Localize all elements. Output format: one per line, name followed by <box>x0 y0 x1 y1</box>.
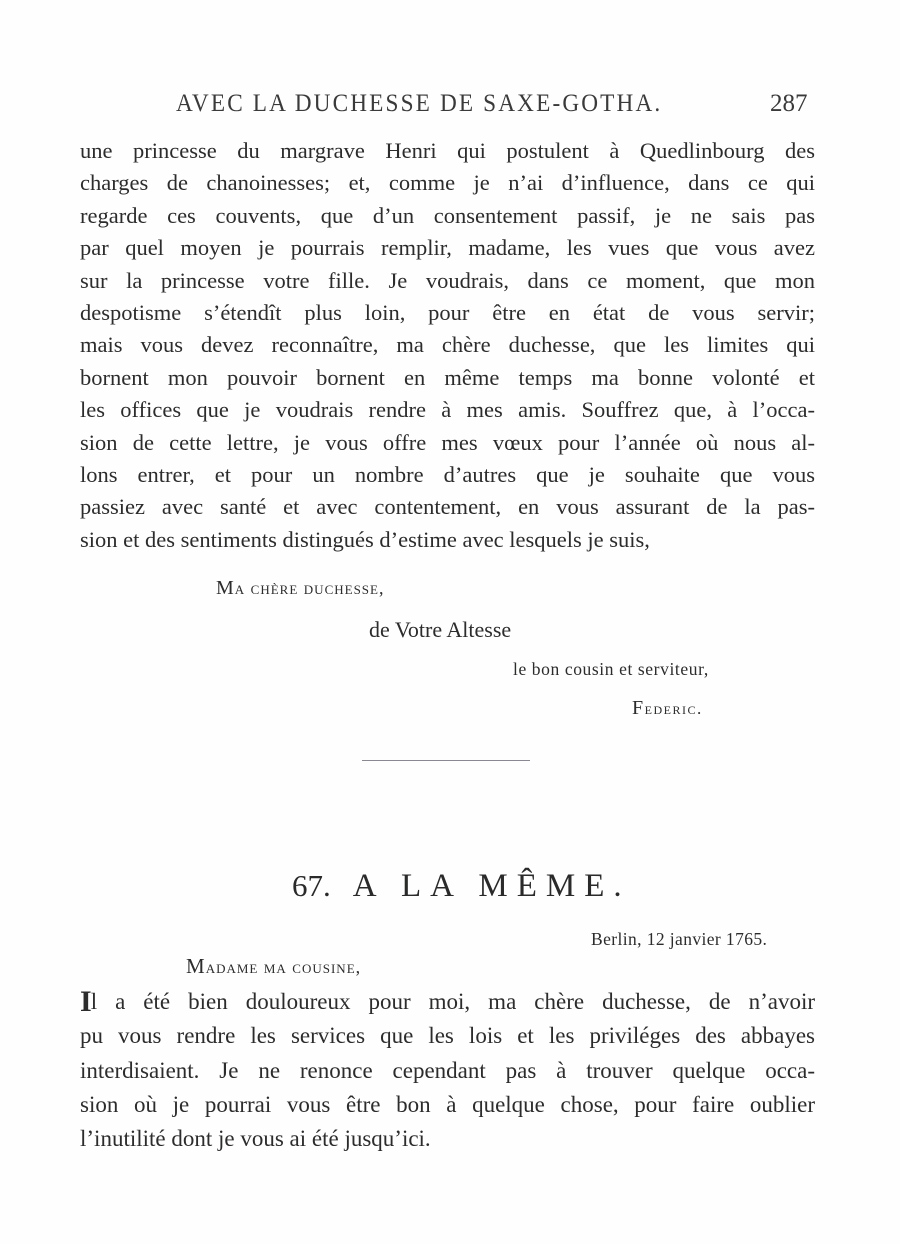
text-line: les offices que je voudrais rendre à mes… <box>80 394 815 426</box>
closing-of-highness: de Votre Altesse <box>369 617 511 643</box>
letter-title: A LA MÊME. <box>353 868 631 904</box>
running-title: AVEC LA DUCHESSE DE SAXE-GOTHA. <box>176 90 662 118</box>
text-line: regarde ces couvents, que d’un consentem… <box>80 200 815 232</box>
text-line: charges de chanoinesses; et, comme je n’… <box>80 167 815 199</box>
letter-67-heading: 67.A LA MÊME. <box>292 868 631 905</box>
text-line: sion où je pourrai vous être bon à quelq… <box>80 1088 815 1122</box>
opening-salutation-rest: adame ma cousine, <box>206 957 361 977</box>
closing-salutation-cap: M <box>216 577 235 599</box>
page-number: 287 <box>770 90 808 118</box>
opening-salutation: Madame ma cousine, <box>186 954 361 979</box>
text-line: bornent mon pouvoir bornent en même temp… <box>80 362 815 394</box>
letter-number: 67. <box>292 868 331 903</box>
text-line: l’inutilité dont je vous ai été jusqu’ic… <box>80 1122 815 1156</box>
text-line: interdisaient. Je ne renonce cependant p… <box>80 1054 815 1088</box>
running-head: AVEC LA DUCHESSE DE SAXE-GOTHA. 287 <box>0 90 900 124</box>
drop-cap: I <box>80 985 91 1018</box>
text-line: par quel moyen je pourrais remplir, mada… <box>80 232 815 264</box>
text-line: despotisme s’étendît plus loin, pour êtr… <box>80 297 815 329</box>
signature: Federic. <box>632 697 703 720</box>
book-page: AVEC LA DUCHESSE DE SAXE-GOTHA. 287 une … <box>0 0 900 1244</box>
text-line: sion de cette lettre, je vous offre mes … <box>80 427 815 459</box>
signature-rest: ederic. <box>645 699 703 718</box>
text-line: Il a été bien douloureux pour moi, ma ch… <box>80 985 815 1019</box>
text-line: sur la princesse votre fille. Je voudrai… <box>80 265 815 297</box>
text-line: pu vous rendre les services que les lois… <box>80 1019 815 1053</box>
closing-salutation: Ma chère duchesse, <box>216 577 384 600</box>
text-line: sion et des sentiments distingués d’esti… <box>80 524 815 556</box>
text-line: mais vous devez reconnaître, ma chère du… <box>80 329 815 361</box>
text-line: passiez avec santé et avec contentement,… <box>80 491 815 523</box>
text-line: une princesse du margrave Henri qui post… <box>80 135 815 167</box>
opening-salutation-cap: M <box>186 954 206 978</box>
letter-67-body: Il a été bien douloureux pour moi, ma ch… <box>80 985 815 1156</box>
text-line: lons entrer, et pour un nombre d’autres … <box>80 459 815 491</box>
section-divider <box>362 760 530 761</box>
closing-salutation-rest: a chère duchesse, <box>235 578 385 598</box>
closing-servant: le bon cousin et serviteur, <box>513 659 709 680</box>
letter-66-body: une princesse du margrave Henri qui post… <box>80 135 815 556</box>
first-line-text: l a été bien douloureux pour moi, ma chè… <box>91 989 815 1014</box>
signature-cap: F <box>632 697 645 719</box>
dateline: Berlin, 12 janvier 1765. <box>591 929 767 950</box>
